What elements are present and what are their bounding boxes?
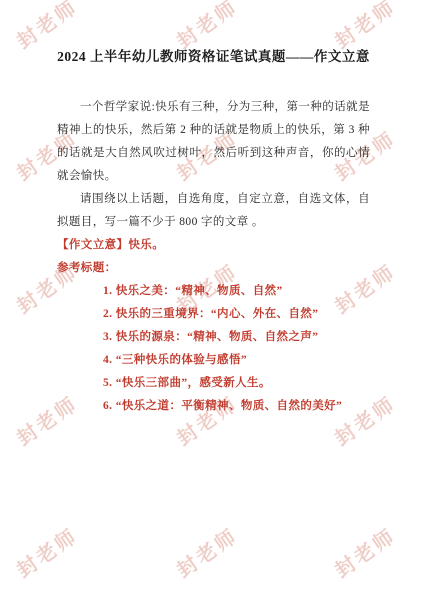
- reference-title-list: 1. 快乐之美：“精神、物质、自然” 2. 快乐的三重境界：“内心、外在、自然”…: [57, 280, 370, 418]
- document-title: 2024 上半年幼儿教师资格证笔试真题——作文立意: [57, 48, 370, 66]
- list-item-3: 3. 快乐的源泉：“精神、物质、自然之声”: [103, 326, 370, 349]
- watermark-text: 封老师: [170, 520, 243, 583]
- list-item-2: 2. 快乐的三重境界：“内心、外在、自然”: [103, 303, 370, 326]
- list-item-4: 4. “三种快乐的体验与感悟”: [103, 349, 370, 372]
- paragraph-philosopher-quote: 一个哲学家说:快乐有三种，分为三种，第一种的话就是精神上的快乐，然后第 2 种的…: [57, 96, 370, 188]
- document-page: 封老师封老师封老师封老师封老师封老师封老师封老师封老师封老师封老师封老师封老师封…: [0, 0, 424, 600]
- list-item-1: 1. 快乐之美：“精神、物质、自然”: [103, 280, 370, 303]
- list-item-6: 6. “快乐之道：平衡精神、物质、自然的美好”: [103, 395, 370, 418]
- paragraph-task-instructions: 请围绕以上话题，自选角度，自定立意，自选文体，自拟题目，写一篇不少于 800 字…: [57, 188, 370, 234]
- watermark-text: 封老师: [10, 520, 83, 583]
- list-item-5: 5. “快乐三部曲”，感受新人生。: [103, 372, 370, 395]
- document-content: 2024 上半年幼儿教师资格证笔试真题——作文立意 一个哲学家说:快乐有三种，分…: [0, 0, 424, 418]
- watermark-text: 封老师: [328, 520, 401, 583]
- essay-intent-label: 【作文立意】快乐。: [57, 234, 370, 257]
- reference-titles-heading: 参考标题：: [57, 257, 370, 280]
